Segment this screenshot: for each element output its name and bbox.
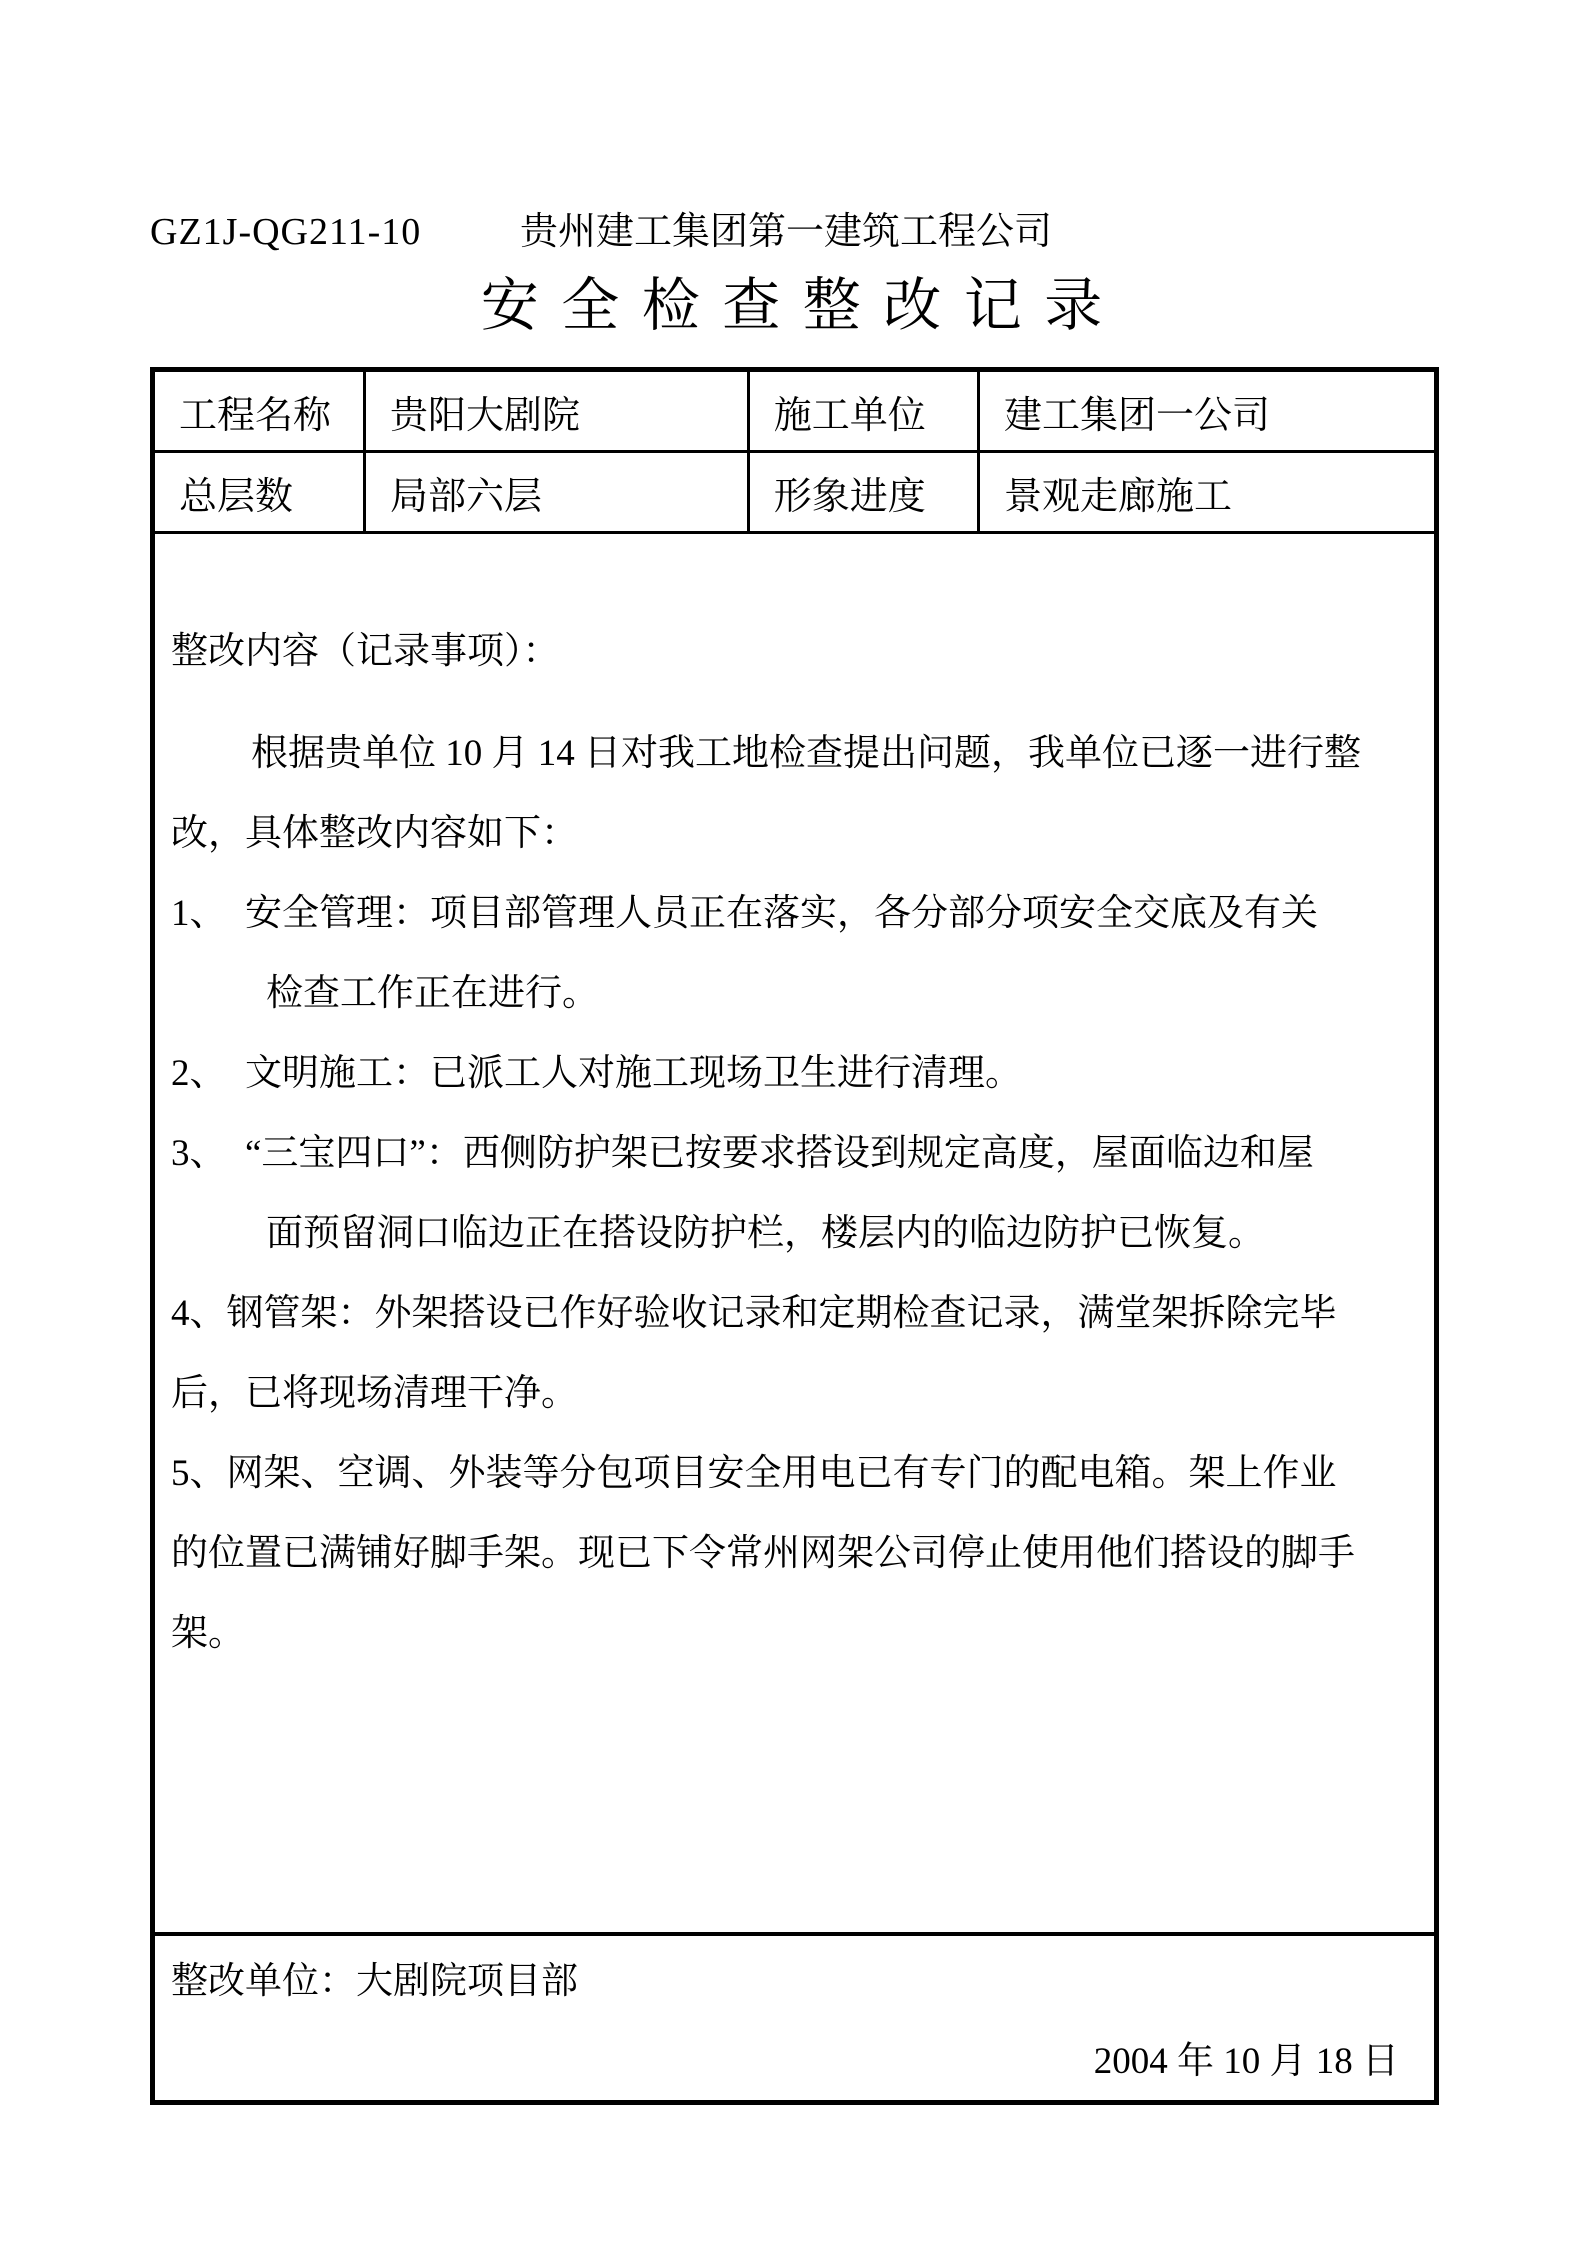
page-title: 安 全 检 查 整 改 记 录: [0, 268, 1587, 344]
document-page: GZ1J-QG211-10 贵州建工集团第一建筑工程公司 安 全 检 查 整 改…: [0, 0, 1587, 2245]
cell-floors-value: 局部六层: [366, 453, 750, 531]
text-line: 4、钢管架：外架搭设已作好验收记录和定期检查记录，满堂架拆除完毕: [171, 1274, 1414, 1354]
text-line: 5、网架、空调、外装等分包项目安全用电已有专门的配电箱。架上作业: [171, 1434, 1414, 1514]
cell-builder-label: 施工单位: [750, 372, 980, 450]
cell-progress-value: 景观走廊施工: [980, 453, 1434, 531]
table-row: 工程名称 贵阳大剧院 施工单位 建工集团一公司: [155, 372, 1434, 453]
company-name: 贵州建工集团第一建筑工程公司: [520, 205, 1052, 259]
text-line: 根据贵单位 10 月 14 日对我工地检查提出问题，我单位已逐一进行整: [171, 714, 1414, 794]
content-section: 整改内容（记录事项）： 根据贵单位 10 月 14 日对我工地检查提出问题，我单…: [155, 534, 1434, 1936]
rectifier-line: 整改单位：大剧院项目部: [171, 1942, 1399, 2022]
cell-project-name-label: 工程名称: [155, 372, 366, 450]
text-line: 后，已将现场清理干净。: [171, 1354, 1414, 1434]
text-line: 架。: [171, 1594, 1414, 1674]
doc-code: GZ1J-QG211-10: [150, 205, 421, 259]
footer-section: 整改单位：大剧院项目部 2004 年 10 月 18 日: [155, 1936, 1434, 2100]
content-lines: 根据贵单位 10 月 14 日对我工地检查提出问题，我单位已逐一进行整改，具体整…: [171, 714, 1414, 1674]
cell-builder-value: 建工集团一公司: [980, 372, 1434, 450]
text-line: 2、 文明施工：已派工人对施工现场卫生进行清理。: [171, 1034, 1414, 1114]
table-row: 总层数 局部六层 形象进度 景观走廊施工: [155, 453, 1434, 534]
info-table: 工程名称 贵阳大剧院 施工单位 建工集团一公司 总层数 局部六层 形象进度 景观…: [150, 367, 1439, 2105]
text-line: 改，具体整改内容如下：: [171, 794, 1414, 874]
cell-floors-label: 总层数: [155, 453, 366, 531]
date-line: 2004 年 10 月 18 日: [171, 2022, 1399, 2100]
page-header: GZ1J-QG211-10 贵州建工集团第一建筑工程公司: [0, 205, 1587, 259]
cell-project-name-value: 贵阳大剧院: [366, 372, 750, 450]
content-heading: 整改内容（记录事项）：: [171, 612, 1414, 692]
text-line: 面预留洞口临边正在搭设防护栏，楼层内的临边防护已恢复。: [171, 1194, 1414, 1274]
text-line: 3、 “三宝四口”：西侧防护架已按要求搭设到规定高度，屋面临边和屋: [171, 1114, 1414, 1194]
text-line: 1、 安全管理：项目部管理人员正在落实，各分部分项安全交底及有关: [171, 874, 1414, 954]
text-line: 检查工作正在进行。: [171, 954, 1414, 1034]
cell-progress-label: 形象进度: [750, 453, 980, 531]
text-line: 的位置已满铺好脚手架。现已下令常州网架公司停止使用他们搭设的脚手: [171, 1514, 1414, 1594]
